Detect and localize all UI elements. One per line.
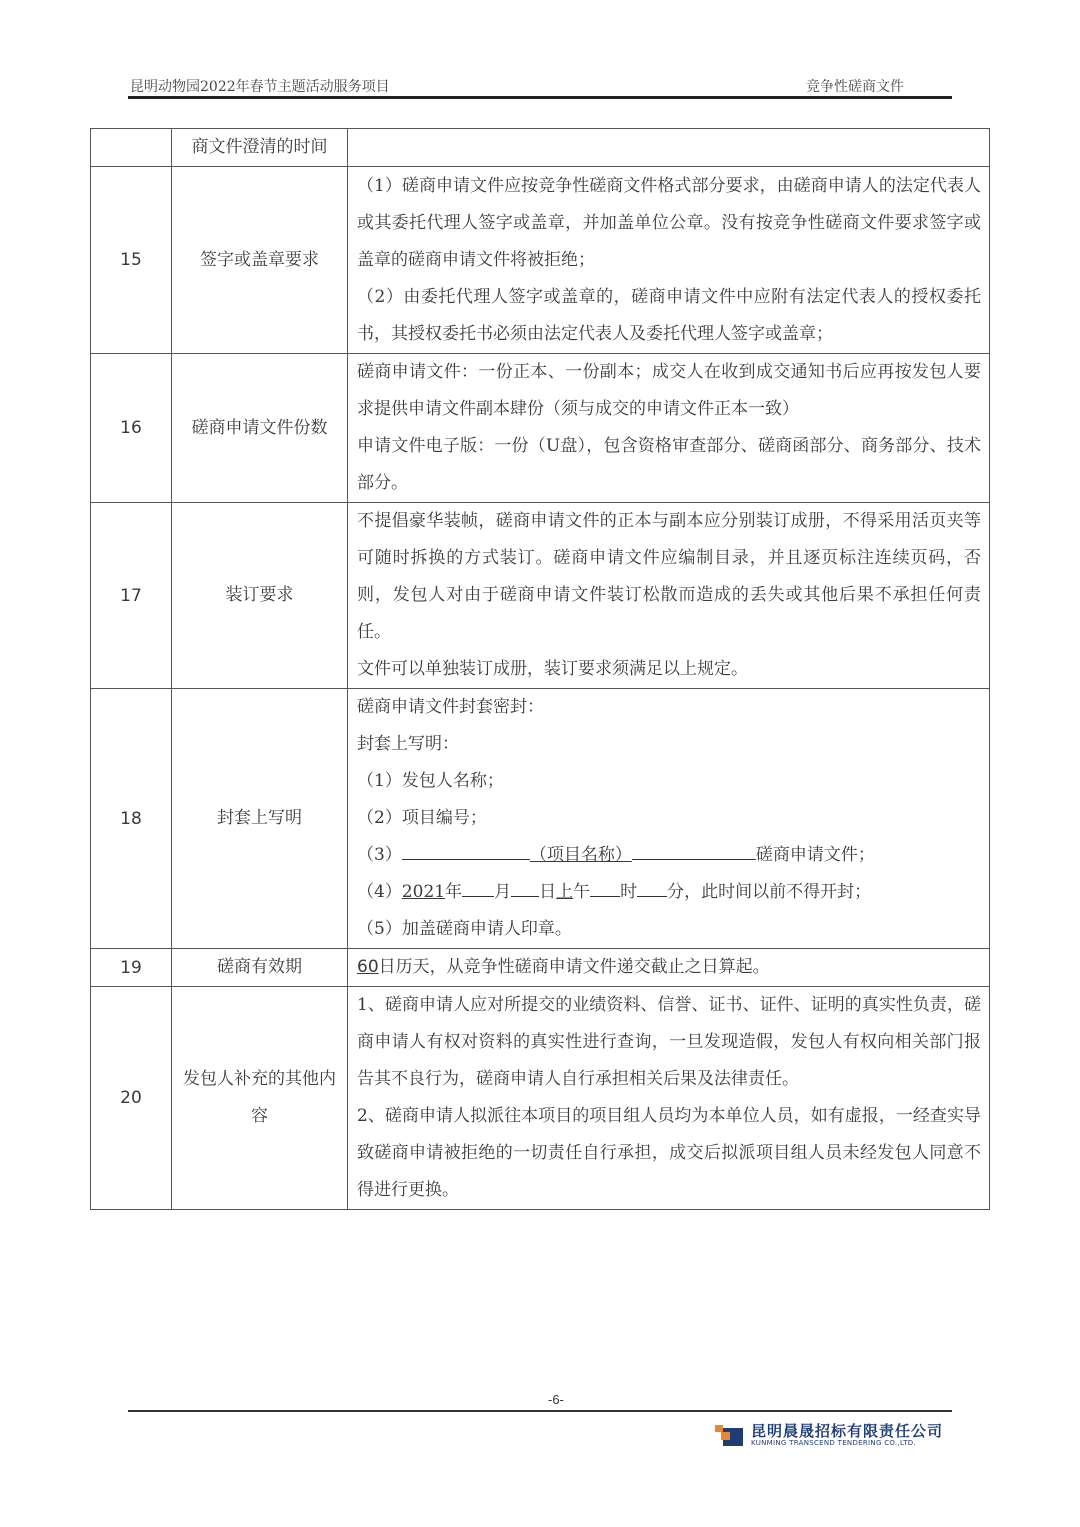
paragraph: 文件可以单独装订成册，装订要求须满足以上规定。 (357, 651, 981, 688)
paragraph: （5）加盖磋商申请人印章。 (357, 911, 981, 948)
paragraph: 1、磋商申请人应对所提交的业绩资料、信誉、证书、证件、证明的真实性负责，磋商申请… (357, 987, 981, 1098)
table-row: 18 封套上写明 磋商申请文件封套密封： 封套上写明： （1）发包人名称； （2… (91, 689, 990, 949)
header-divider (128, 96, 952, 99)
paragraph: 磋商申请文件封套密封： (357, 689, 981, 726)
row-content: 磋商申请文件：一份正本、一份副本；成交人在收到成交通知书后应再按发包人要求提供申… (348, 354, 990, 503)
paragraph-item3: （3）（项目名称）磋商申请文件； (357, 837, 981, 874)
row-number: 20 (91, 987, 172, 1210)
row-name: 商文件澄清的时间 (172, 129, 348, 167)
row-content: 磋商申请文件封套密封： 封套上写明： （1）发包人名称； （2）项目编号； （3… (348, 689, 990, 949)
paragraph: 封套上写明： (357, 726, 981, 763)
table-row: 15 签字或盖章要求 （1）磋商申请文件应按竞争性磋商文件格式部分要求，由磋商申… (91, 167, 990, 354)
table-row: 20 发包人补充的其他内容 1、磋商申请人应对所提交的业绩资料、信誉、证书、证件… (91, 987, 990, 1210)
footer-divider (128, 1410, 952, 1412)
paragraph: 不提倡豪华装帧，磋商申请文件的正本与副本应分别装订成册，不得采用活页夹等可随时拆… (357, 503, 981, 651)
document-type: 竞争性磋商文件 (806, 76, 904, 96)
company-name-en: KUNMING TRANSCEND TENDERING CO.,LTD. (751, 1439, 916, 1447)
page-number: -6- (548, 1392, 564, 1407)
row-number: 19 (91, 949, 172, 987)
row-name: 签字或盖章要求 (172, 167, 348, 354)
table-row: 19 磋商有效期 60日历天，从竞争性磋商申请文件递交截止之日算起。 (91, 949, 990, 987)
paragraph: （1）发包人名称； (357, 763, 981, 800)
company-logo: 昆明晨晟招标有限责任公司 KUNMING TRANSCEND TENDERING… (715, 1421, 955, 1451)
row-number: 15 (91, 167, 172, 354)
row-content: 1、磋商申请人应对所提交的业绩资料、信誉、证书、证件、证明的真实性负责，磋商申请… (348, 987, 990, 1210)
row-name: 发包人补充的其他内容 (172, 987, 348, 1210)
row-name: 磋商申请文件份数 (172, 354, 348, 503)
row-number: 17 (91, 503, 172, 689)
row-content: 不提倡豪华装帧，磋商申请文件的正本与副本应分别装订成册，不得采用活页夹等可随时拆… (348, 503, 990, 689)
row-name: 装订要求 (172, 503, 348, 689)
row-number (91, 129, 172, 167)
row-content: （1）磋商申请文件应按竞争性磋商文件格式部分要求，由磋商申请人的法定代表人或其委… (348, 167, 990, 354)
row-number: 18 (91, 689, 172, 949)
row-content: 60日历天，从竞争性磋商申请文件递交截止之日算起。 (348, 949, 990, 987)
table-row: 商文件澄清的时间 (91, 129, 990, 167)
row-number: 16 (91, 354, 172, 503)
paragraph: （2）项目编号； (357, 800, 981, 837)
paragraph: 磋商申请文件：一份正本、一份副本；成交人在收到成交通知书后应再按发包人要求提供申… (357, 354, 981, 428)
table-row: 17 装订要求 不提倡豪华装帧，磋商申请文件的正本与副本应分别装订成册，不得采用… (91, 503, 990, 689)
requirements-table: 商文件澄清的时间 15 签字或盖章要求 （1）磋商申请文件应按竞争性磋商文件格式… (90, 128, 990, 1210)
page-header: 昆明动物园2022年春节主题活动服务项目 竞争性磋商文件 (130, 76, 952, 96)
row-name: 封套上写明 (172, 689, 348, 949)
paragraph: （1）磋商申请文件应按竞争性磋商文件格式部分要求，由磋商申请人的法定代表人或其委… (357, 168, 981, 279)
table-row: 16 磋商申请文件份数 磋商申请文件：一份正本、一份副本；成交人在收到成交通知书… (91, 354, 990, 503)
project-title: 昆明动物园2022年春节主题活动服务项目 (130, 76, 390, 96)
paragraph: 申请文件电子版：一份（U盘），包含资格审查部分、磋商函部分、商务部分、技术部分。 (357, 428, 981, 502)
row-content (348, 129, 990, 167)
paragraph-item4: （4）2021年月日上午时分，此时间以前不得开封； (357, 874, 981, 911)
row-name: 磋商有效期 (172, 949, 348, 987)
paragraph: 2、磋商申请人拟派往本项目的项目组人员均为本单位人员，如有虚报，一经查实导致磋商… (357, 1098, 981, 1209)
paragraph: （2）由委托代理人签字或盖章的，磋商申请文件中应附有法定代表人的授权委托书，其授… (357, 279, 981, 353)
validity-days: 60 (357, 957, 379, 977)
logo-mark-icon (715, 1423, 745, 1447)
company-name-cn: 昆明晨晟招标有限责任公司 (751, 1420, 943, 1441)
